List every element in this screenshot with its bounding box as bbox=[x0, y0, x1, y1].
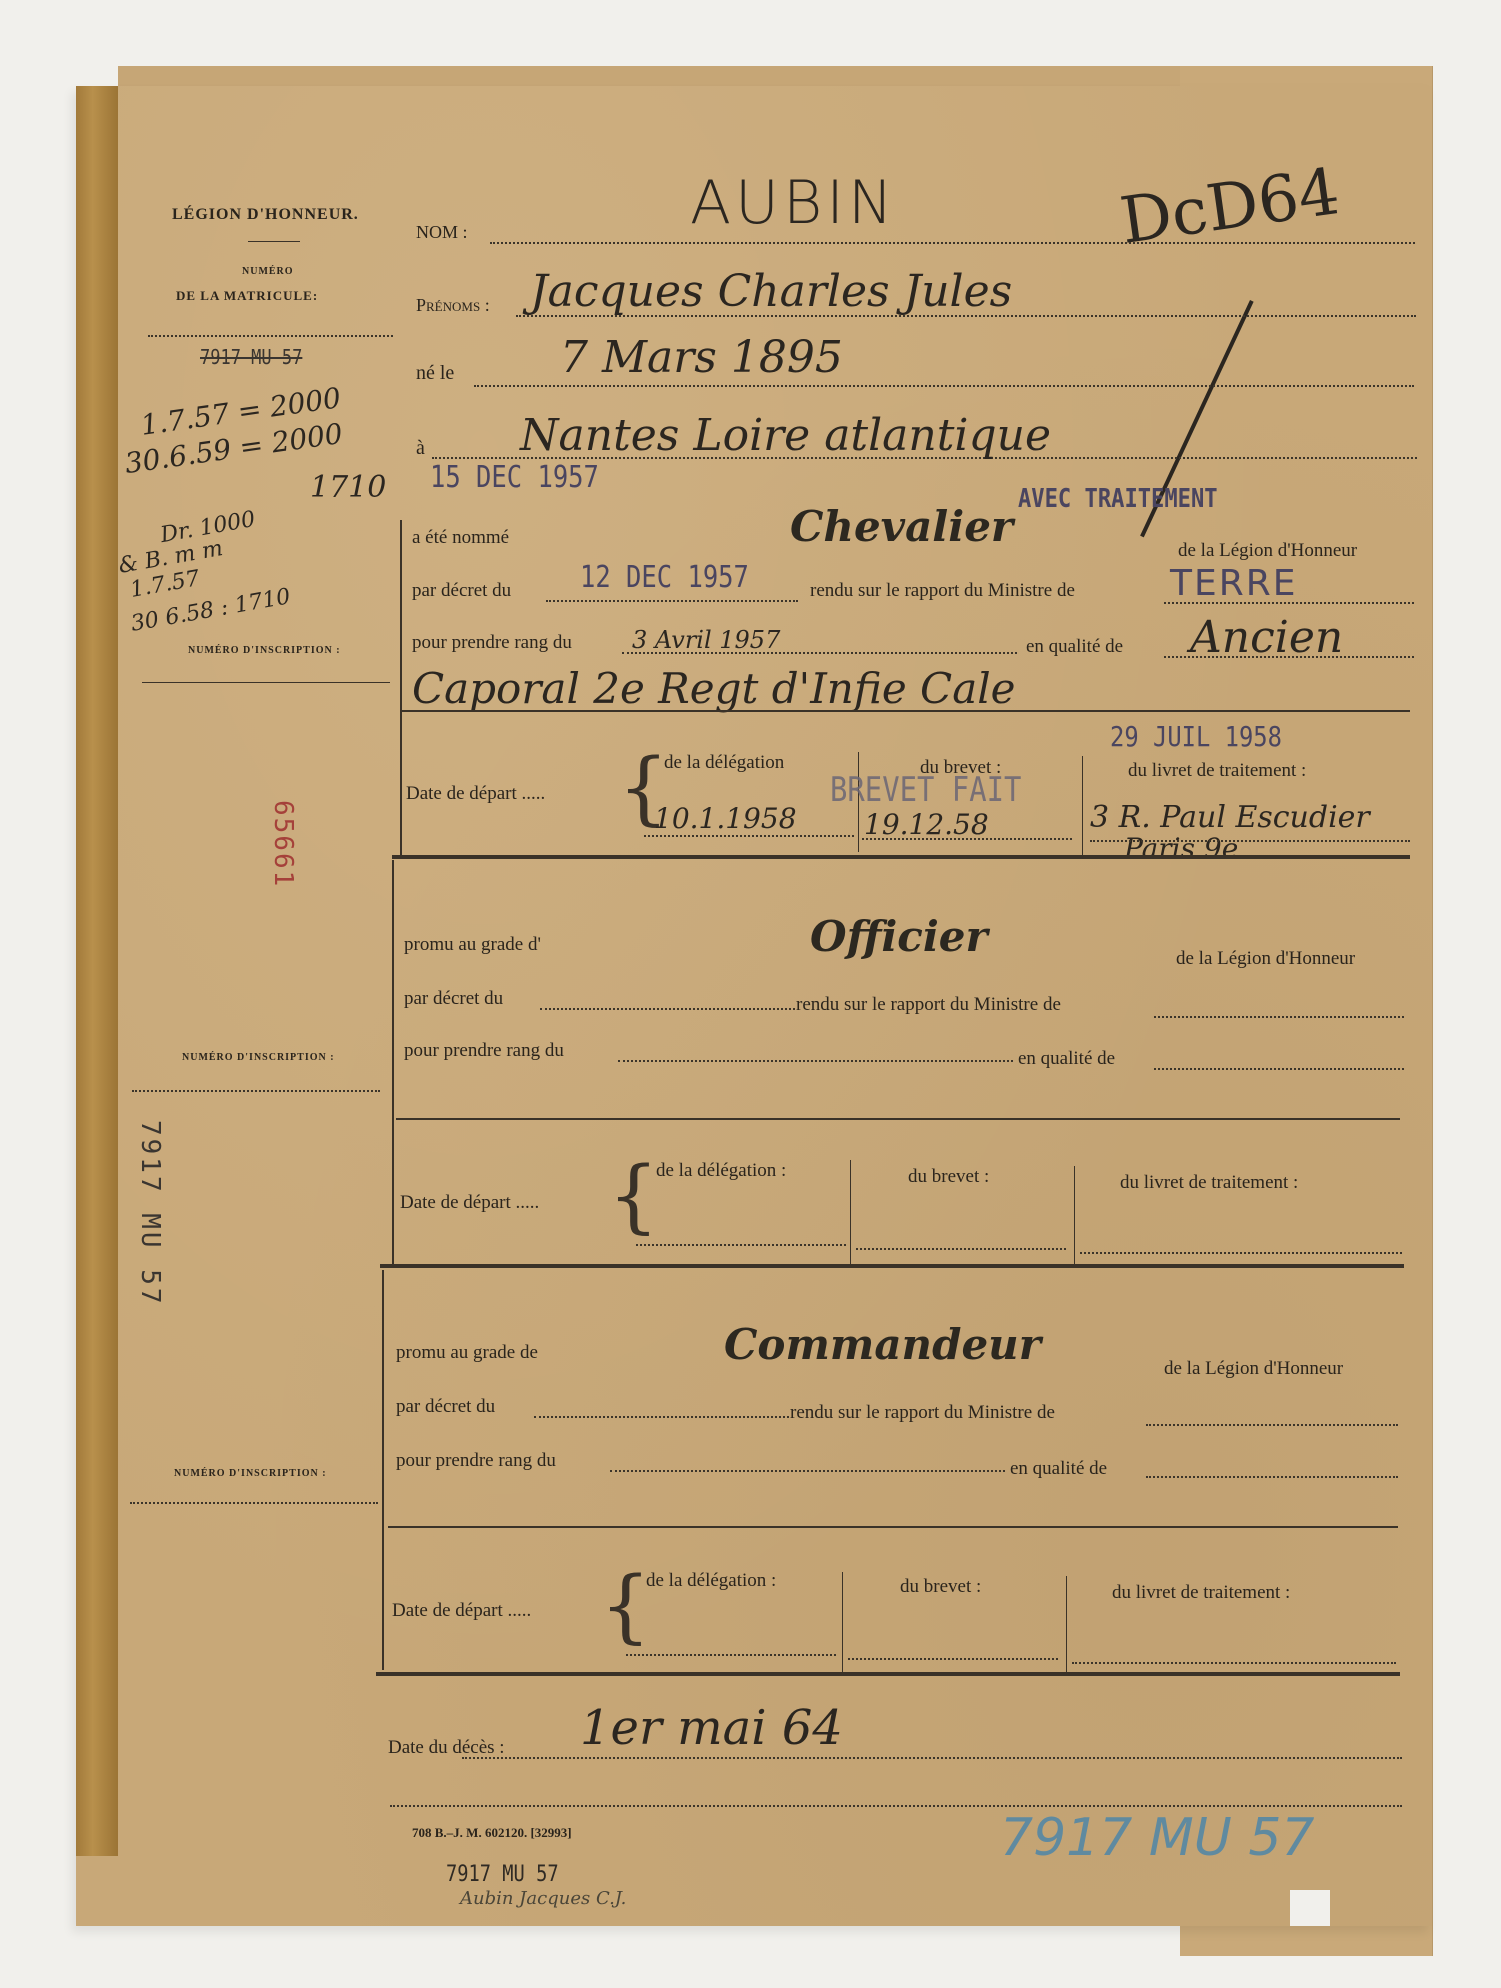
commandeur-livret-label: du livret de traitement : bbox=[1112, 1582, 1290, 1604]
nom-value: AUBIN bbox=[690, 168, 897, 238]
vertical-matricule-stamp: 7917 MU 57 bbox=[135, 1120, 165, 1307]
a-value: Nantes Loire atlantique bbox=[520, 410, 1051, 461]
officier-delegation-line bbox=[636, 1244, 846, 1246]
commandeur-decret-line bbox=[534, 1416, 789, 1418]
chevalier-delegation-label: de la délégation bbox=[664, 752, 784, 774]
commandeur-depart-label: Date de départ ..... bbox=[392, 1600, 531, 1622]
officier-section-divider bbox=[380, 1264, 1404, 1268]
treatment-stamp: AVEC TRAITEMENT bbox=[1018, 484, 1218, 514]
printer-reference: 708 B.–J. M. 602120. [32993] bbox=[412, 1825, 572, 1841]
matricule-value-struck: 7917 MU 57 bbox=[200, 345, 302, 369]
chevalier-livret-value: 3 R. Paul Escudier bbox=[1090, 800, 1370, 835]
nom-label: NOM : bbox=[416, 222, 468, 243]
officier-rang-line bbox=[618, 1060, 1013, 1062]
commandeur-qualite-line bbox=[1146, 1476, 1398, 1478]
footer-matricule-stamp: 7917 MU 57 bbox=[446, 1862, 559, 1887]
chevalier-brevet-line bbox=[862, 838, 1072, 840]
officier-decret-label: par décret du bbox=[404, 988, 503, 1010]
commandeur-suffix: de la Légion d'Honneur bbox=[1164, 1358, 1343, 1380]
commandeur-col-divider-2 bbox=[1066, 1576, 1067, 1672]
chevalier-livret-line bbox=[1090, 840, 1410, 842]
chevalier-qualite-line2: Caporal 2e Regt d'Infie Cale bbox=[412, 664, 1016, 713]
officier-brevet-line bbox=[856, 1248, 1066, 1250]
officier-rapport-label: rendu sur le rapport du Ministre de bbox=[796, 994, 1061, 1016]
decree-date-stamp: 12 DEC 1957 bbox=[580, 560, 749, 595]
commandeur-rang-line bbox=[610, 1470, 1005, 1472]
officier-qualite-line bbox=[1154, 1068, 1404, 1070]
prenoms-label: Prénoms : bbox=[416, 295, 490, 316]
matricule-field-line bbox=[148, 335, 393, 337]
chevalier-rang-value: 3 Avril 1957 bbox=[632, 626, 780, 654]
margin-note-3: 1710 bbox=[310, 470, 386, 505]
chevalier-delegation-line bbox=[644, 835, 854, 837]
ne-le-field-line bbox=[474, 385, 1414, 387]
chevalier-section-divider bbox=[392, 855, 1410, 859]
commandeur-depart-brace: { bbox=[600, 1566, 651, 1646]
officier-ministre-line bbox=[1154, 1016, 1404, 1018]
commandeur-delegation-label: de la délégation : bbox=[646, 1570, 776, 1592]
inscription-line-1 bbox=[142, 682, 390, 683]
brevet-fait-stamp: BREVET FAIT bbox=[830, 770, 1021, 810]
matricule-label-1: NUMÉRO bbox=[242, 266, 294, 277]
chevalier-decret-line bbox=[546, 600, 798, 602]
chevalier-rang-label: pour prendre rang du bbox=[412, 632, 572, 654]
a-label: à bbox=[416, 437, 425, 460]
chevalier-livret-label: du livret de traitement : bbox=[1128, 760, 1306, 782]
chevalier-qualite-value: Ancien bbox=[1190, 612, 1343, 663]
deces-label: Date du décès : bbox=[388, 1737, 505, 1759]
commandeur-rang-label: pour prendre rang du bbox=[396, 1450, 556, 1472]
deces-line bbox=[462, 1757, 1402, 1759]
matricule-label-2: DE LA MATRICULE: bbox=[176, 288, 318, 304]
commandeur-left-border bbox=[382, 1270, 384, 1670]
commandeur-livret-line bbox=[1072, 1662, 1396, 1664]
officier-depart-label: Date de départ ..... bbox=[400, 1192, 539, 1214]
officier-rang-label: pour prendre rang du bbox=[404, 1040, 564, 1062]
commandeur-delegation-line bbox=[626, 1654, 836, 1656]
commandeur-promu-label: promu au grade de bbox=[396, 1342, 538, 1364]
nom-field-line bbox=[490, 242, 1415, 244]
chevalier-left-border bbox=[400, 520, 402, 855]
officier-promu-label: promu au grade d' bbox=[404, 934, 541, 956]
chevalier-brevet-value: 19.12.58 bbox=[864, 808, 989, 841]
title-underline bbox=[248, 241, 300, 242]
officier-decret-line bbox=[540, 1008, 795, 1010]
officier-qualite-rule bbox=[396, 1118, 1400, 1120]
commandeur-col-divider-1 bbox=[842, 1572, 843, 1672]
commandeur-brevet-label: du brevet : bbox=[900, 1576, 981, 1598]
inscription-line-3 bbox=[130, 1502, 378, 1504]
inscription-label-1: NUMÉRO D'INSCRIPTION : bbox=[188, 645, 341, 656]
red-registry-number: 65661 bbox=[268, 800, 298, 888]
livret-date-stamp: 29 JUIL 1958 bbox=[1110, 720, 1282, 753]
chevalier-delegation-value: 10.1.1958 bbox=[654, 802, 797, 835]
chevalier-qualite-label: en qualité de bbox=[1026, 636, 1123, 658]
officier-title: Officier bbox=[810, 912, 988, 961]
chevalier-decret-label: par décret du bbox=[412, 580, 511, 602]
officier-brevet-label: du brevet : bbox=[908, 1166, 989, 1188]
chevalier-livret-value-2: Paris 9e bbox=[1124, 832, 1238, 865]
chevalier-qualite-rule bbox=[402, 710, 1410, 712]
commandeur-qualite-rule bbox=[388, 1526, 1398, 1528]
officier-col-divider-2 bbox=[1074, 1166, 1075, 1266]
officier-depart-brace: { bbox=[608, 1156, 659, 1236]
officier-left-border bbox=[392, 860, 394, 1265]
ministry-stamp: TERRE bbox=[1170, 563, 1298, 604]
chevalier-nomme-label: a été nommé bbox=[412, 527, 509, 549]
chevalier-col-divider-2 bbox=[1082, 756, 1083, 856]
officier-delegation-label: de la délégation : bbox=[656, 1160, 786, 1182]
chevalier-rapport-label: rendu sur le rapport du Ministre de bbox=[810, 580, 1075, 602]
ne-le-label: né le bbox=[416, 362, 454, 385]
ne-le-value: 7 Mars 1895 bbox=[560, 332, 843, 383]
officier-suffix: de la Légion d'Honneur bbox=[1176, 948, 1355, 970]
chevalier-title: Chevalier bbox=[790, 502, 1013, 551]
binding-spine bbox=[76, 86, 118, 1856]
officier-livret-label: du livret de traitement : bbox=[1120, 1172, 1298, 1194]
deces-second-line bbox=[390, 1805, 1402, 1807]
commandeur-title: Commandeur bbox=[724, 1320, 1041, 1369]
inscription-label-3: NUMÉRO D'INSCRIPTION : bbox=[174, 1468, 327, 1479]
commandeur-rapport-label: rendu sur le rapport du Ministre de bbox=[790, 1402, 1055, 1424]
officier-qualite-label: en qualité de bbox=[1018, 1048, 1115, 1070]
officier-livret-line bbox=[1080, 1252, 1402, 1254]
prenoms-value: Jacques Charles Jules bbox=[530, 266, 1012, 317]
institution-title: LÉGION D'HONNEUR. bbox=[172, 206, 359, 224]
commandeur-ministre-line bbox=[1146, 1424, 1398, 1426]
deces-value: 1er mai 64 bbox=[580, 1700, 843, 1756]
commandeur-decret-label: par décret du bbox=[396, 1396, 495, 1418]
inscription-label-2: NUMÉRO D'INSCRIPTION : bbox=[182, 1052, 335, 1063]
officier-col-divider-1 bbox=[850, 1160, 851, 1265]
torn-corner bbox=[1290, 1890, 1330, 1926]
commandeur-brevet-line bbox=[848, 1658, 1058, 1660]
blue-pencil-matricule: 7917 MU 57 bbox=[1000, 1808, 1315, 1868]
footer-handwritten-name: Aubin Jacques C.J. bbox=[460, 1888, 626, 1909]
received-date-stamp: 15 DEC 1957 bbox=[430, 460, 599, 495]
chevalier-suffix: de la Légion d'Honneur bbox=[1178, 540, 1357, 562]
chevalier-depart-label: Date de départ ..... bbox=[406, 783, 545, 805]
commandeur-section-divider bbox=[376, 1672, 1400, 1676]
inscription-line-2 bbox=[132, 1090, 380, 1092]
commandeur-qualite-label: en qualité de bbox=[1010, 1458, 1107, 1480]
